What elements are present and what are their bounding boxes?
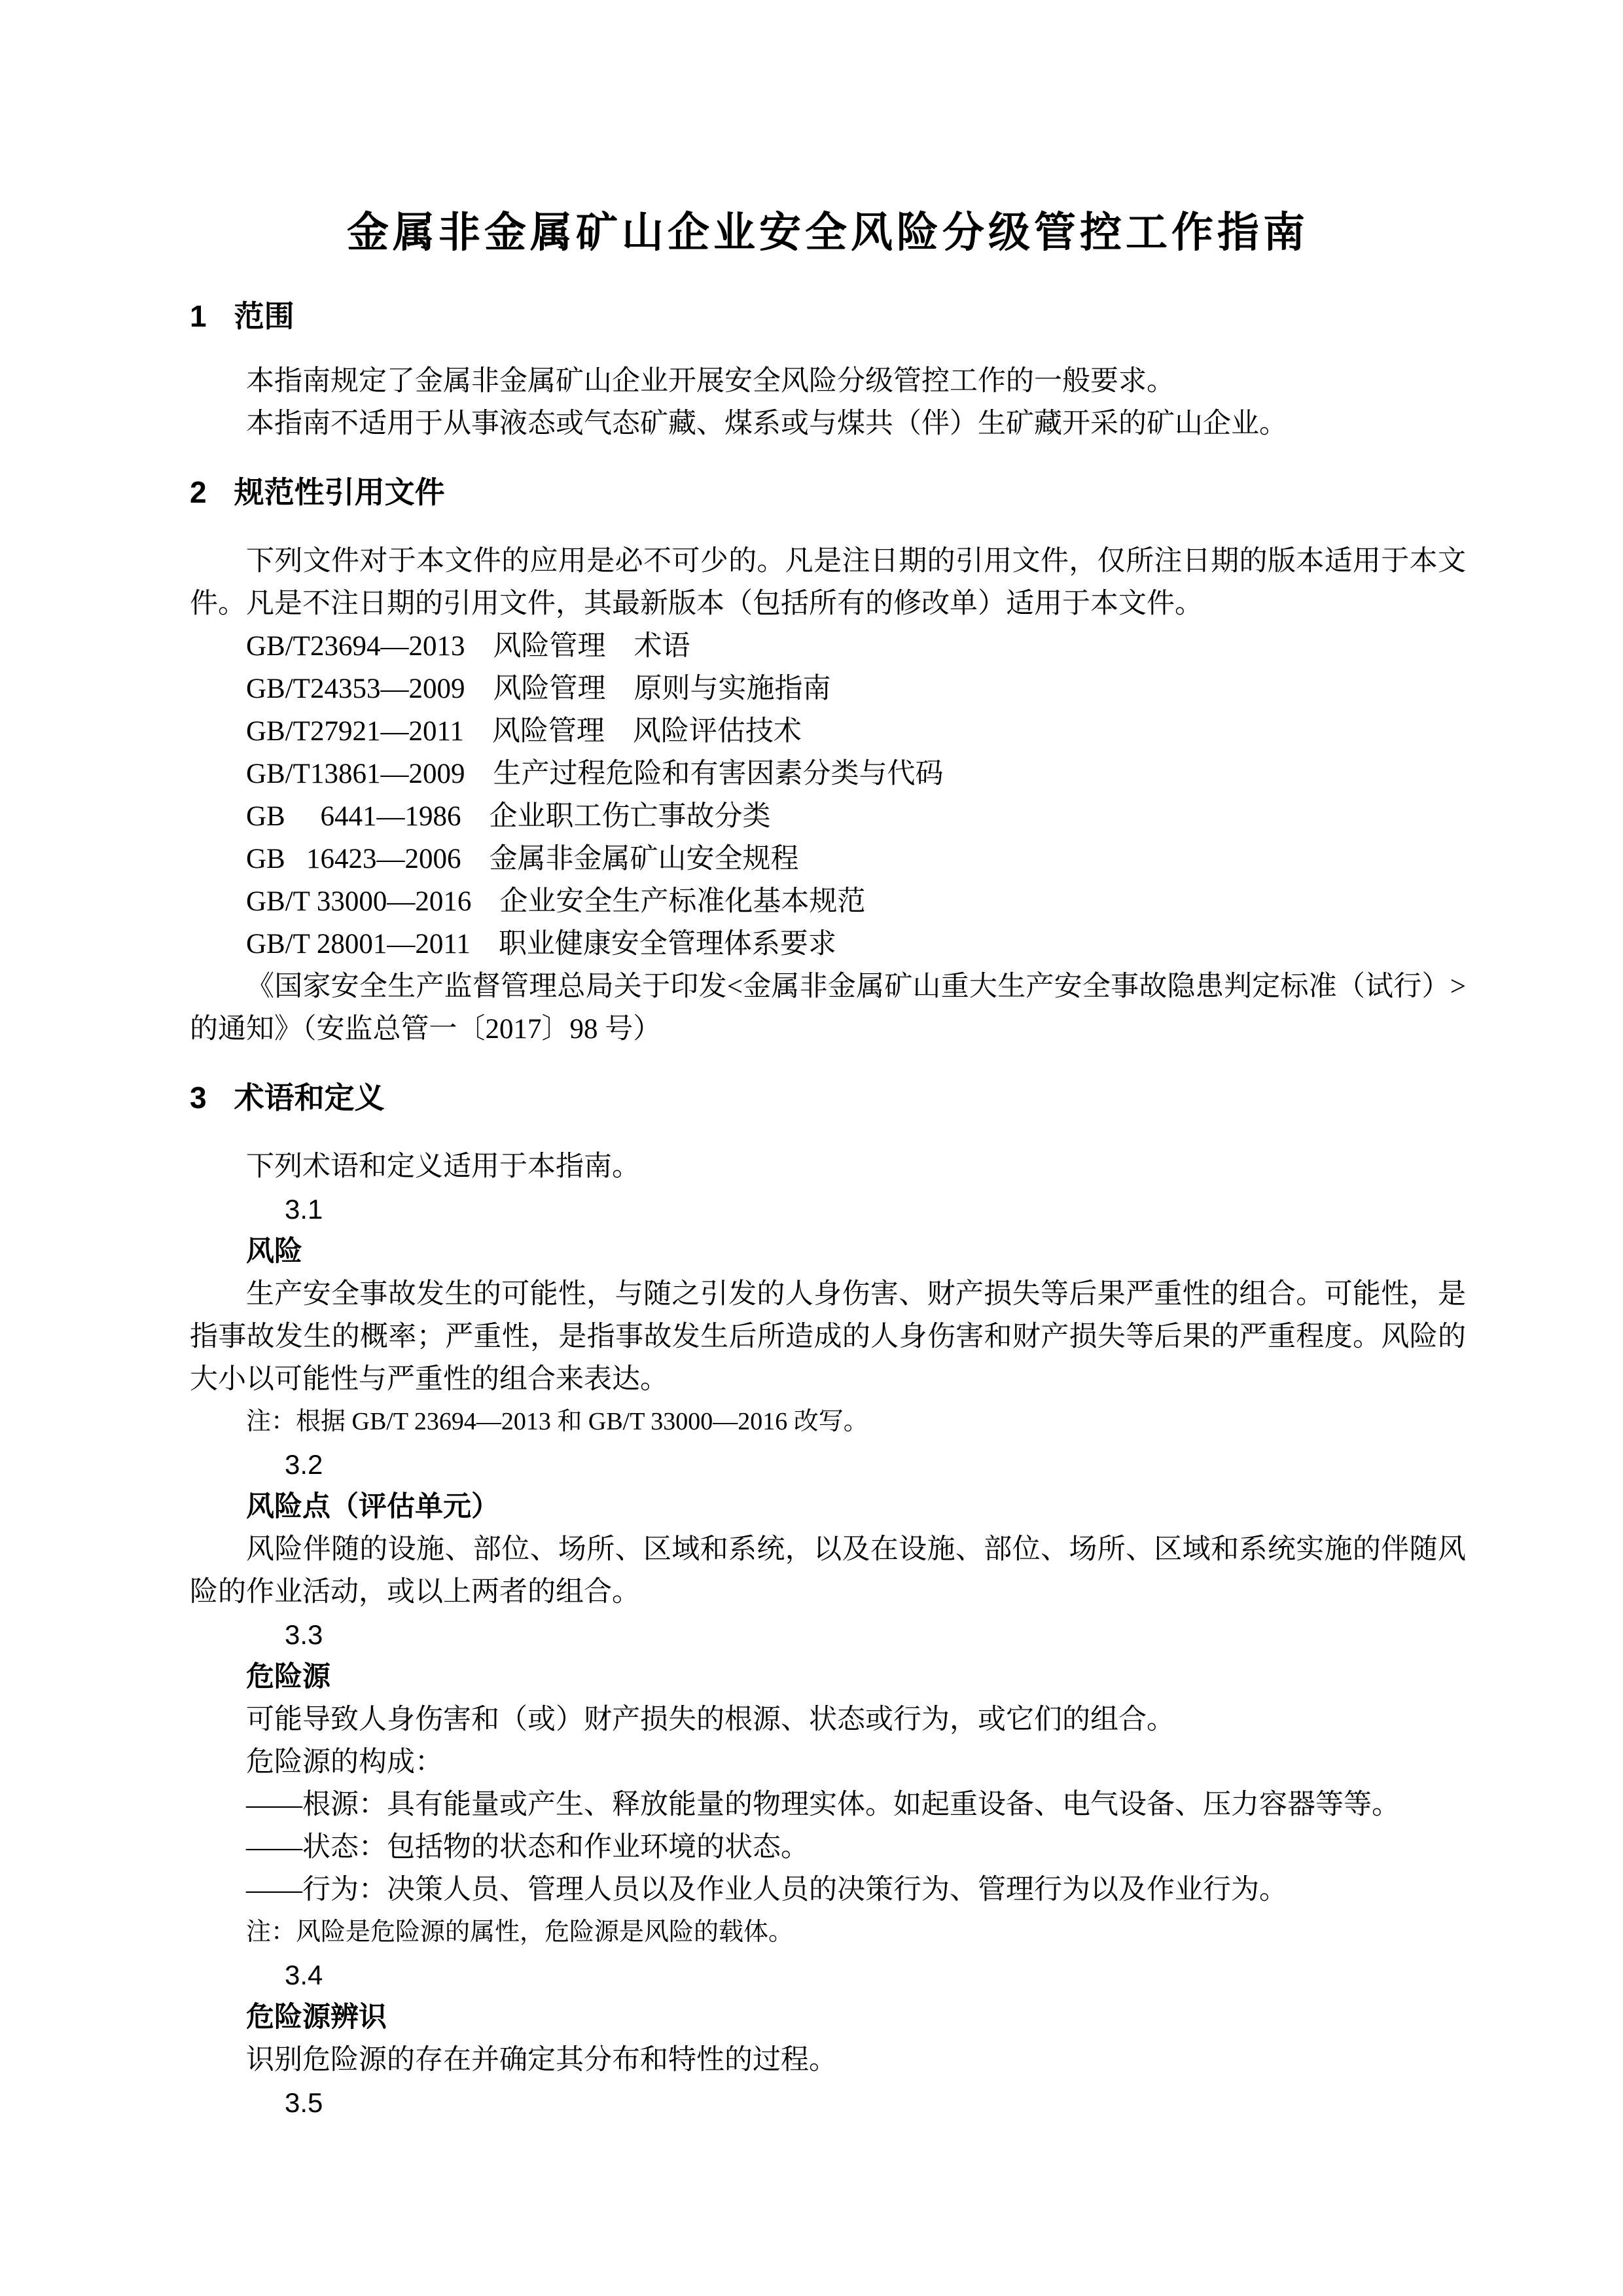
section-2-notice: 《国家安全生产监督管理总局关于印发<金属非金属矿山重大生产安全事故隐患判定标准（… <box>190 965 1466 1050</box>
term-definition: 生产安全事故发生的可能性，与随之引发的人身伤害、财产损失等后果严重性的组合。可能… <box>190 1273 1466 1401</box>
reference-item: GB/T27921—2011 风险管理 风险评估技术 <box>190 710 1466 753</box>
section-3-heading: 3术语和定义 <box>190 1077 1466 1119</box>
section-2-title: 规范性引用文件 <box>234 475 445 509</box>
term-name: 风险点（评估单元） <box>190 1486 1466 1528</box>
section-1-number: 1 <box>190 295 207 338</box>
reference-item: GB/T24353—2009 风险管理 原则与实施指南 <box>190 668 1466 710</box>
section-1-paragraph: 本指南不适用于从事液态或气态矿藏、煤系或与煤共（伴）生矿藏开采的矿山企业。 <box>190 403 1466 445</box>
reference-item: GB 6441—1986 企业职工伤亡事故分类 <box>190 795 1466 838</box>
term-definition: 可能导致人身伤害和（或）财产损失的根源、状态或行为，或它们的组合。 <box>190 1698 1466 1741</box>
reference-item: GB/T 28001—2011 职业健康安全管理体系要求 <box>190 923 1466 965</box>
section-2-heading: 2规范性引用文件 <box>190 471 1466 514</box>
term-definition: 识别危险源的存在并确定其分布和特性的过程。 <box>190 2039 1466 2081</box>
term-dash-item: ——行为：决策人员、管理人员以及作业人员的决策行为、管理行为以及作业行为。 <box>190 1869 1466 1911</box>
section-1-paragraph: 本指南规定了金属非金属矿山企业开展安全风险分级管控工作的一般要求。 <box>190 360 1466 403</box>
term-note: 注：风险是危险源的属性，危险源是风险的载体。 <box>190 1911 1466 1954</box>
term-number: 3.2 <box>190 1443 1466 1486</box>
section-1-title: 范围 <box>234 299 294 333</box>
term-number: 3.4 <box>190 1954 1466 1996</box>
section-2-number: 2 <box>190 471 207 514</box>
term-definition: 风险伴随的设施、部位、场所、区域和系统，以及在设施、部位、场所、区域和系统实施的… <box>190 1528 1466 1613</box>
section-3-intro: 下列术语和定义适用于本指南。 <box>190 1145 1466 1188</box>
section-2-intro: 下列文件对于本文件的应用是必不可少的。凡是注日期的引用文件，仅所注日期的版本适用… <box>190 540 1466 625</box>
term-note: 注：根据 GB/T 23694—2013 和 GB/T 33000—2016 改… <box>190 1401 1466 1443</box>
term-composition-label: 危险源的构成： <box>190 1741 1466 1784</box>
section-1-heading: 1范围 <box>190 295 1466 338</box>
section-3-title: 术语和定义 <box>234 1081 385 1115</box>
term-name: 危险源辨识 <box>190 1996 1466 2039</box>
document-title: 金属非金属矿山企业安全风险分级管控工作指南 <box>190 206 1466 259</box>
reference-item: GB/T13861—2009 生产过程危险和有害因素分类与代码 <box>190 753 1466 795</box>
reference-item: GB/T 33000—2016 企业安全生产标准化基本规范 <box>190 880 1466 923</box>
term-dash-item: ——根源：具有能量或产生、释放能量的物理实体。如起重设备、电气设备、压力容器等等… <box>190 1784 1466 1826</box>
term-number: 3.3 <box>190 1613 1466 1656</box>
reference-item: GB 16423—2006 金属非金属矿山安全规程 <box>190 838 1466 880</box>
term-name: 危险源 <box>190 1656 1466 1698</box>
term-dash-item: ——状态：包括物的状态和作业环境的状态。 <box>190 1826 1466 1869</box>
term-number: 3.1 <box>190 1188 1466 1230</box>
reference-item: GB/T23694—2013 风险管理 术语 <box>190 625 1466 668</box>
section-3-number: 3 <box>190 1077 207 1119</box>
document-page: 金属非金属矿山企业安全风险分级管控工作指南 1范围 本指南规定了金属非金属矿山企… <box>0 0 1623 2296</box>
term-number: 3.5 <box>190 2081 1466 2124</box>
term-name: 风险 <box>190 1230 1466 1273</box>
